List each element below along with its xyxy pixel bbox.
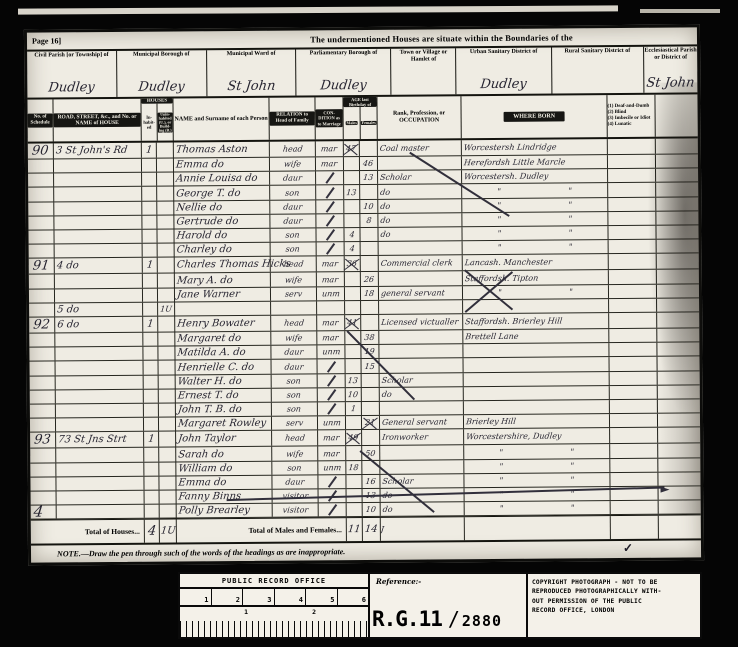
handwritten-entry: 13 xyxy=(363,173,374,182)
cell-infirmity xyxy=(611,501,659,514)
handwritten-entry: Commercial clerk xyxy=(380,259,453,269)
handwritten-entry: visitor xyxy=(282,506,309,515)
handwritten-entry: Scholar xyxy=(382,477,414,486)
cell-occupation: do xyxy=(378,199,462,213)
footer-note: NOTE.—Draw the pen through such of the w… xyxy=(31,547,345,558)
handwritten-entry: 1 xyxy=(147,434,155,445)
cell-occupation xyxy=(379,344,463,358)
cell-relation: daur xyxy=(271,346,317,360)
cell-condition xyxy=(316,171,344,184)
cell-uninhabited xyxy=(157,158,174,171)
cell-infirmity xyxy=(609,329,657,343)
total-males: 11 xyxy=(347,518,363,541)
district-box-parliamentary-borough: Parliamentary Borough of Dudley xyxy=(296,49,391,96)
cell-condition: mar xyxy=(317,257,345,272)
cell-infirmity xyxy=(609,284,657,298)
cell-address: 3 St John's Rd xyxy=(54,143,142,159)
district-box-rural-sanitary: Rural Sanitary District of xyxy=(552,47,645,94)
cell-occupation xyxy=(379,300,463,314)
stamp-reference-number: R.G.11/2880 xyxy=(372,607,502,631)
cell-address xyxy=(54,159,142,173)
cell-age-male: 13 xyxy=(346,374,362,387)
cell-occupation xyxy=(380,401,464,415)
cell-edge xyxy=(658,472,700,486)
handwritten-entry: Herefordsh Little Marcle xyxy=(463,158,566,168)
cell-condition xyxy=(316,214,344,227)
cell-condition xyxy=(316,186,344,199)
handwritten-entry: unm xyxy=(322,463,341,472)
cell-relation: daur xyxy=(270,214,316,228)
handwritten-entry: head xyxy=(283,260,304,269)
cell-condition xyxy=(316,200,344,213)
district-box-town-village: Town or Village or Hamlet of xyxy=(391,48,456,95)
handwritten-entry: mar xyxy=(322,318,339,327)
cell-edge xyxy=(656,197,698,211)
handwritten-entry: 4 xyxy=(349,244,355,253)
cell-infirmity xyxy=(610,371,658,385)
handwritten-entry: Henrielle C. do xyxy=(177,361,255,373)
handwritten-entry: general servant xyxy=(380,288,445,298)
handwritten-entry: 1U xyxy=(160,304,173,313)
cell-address xyxy=(55,333,143,347)
handwritten-entry: 19 xyxy=(364,347,375,356)
cell-relation: head xyxy=(271,315,317,330)
stamp-ruler-cm: 12 xyxy=(180,607,368,637)
total-persons-label: Total of Males and Females... xyxy=(177,518,347,542)
ditto-mark: " xyxy=(499,476,504,485)
condition-slash-mark xyxy=(327,389,336,400)
handwritten-entry: Walter H. do xyxy=(177,376,242,388)
handwritten-entry: Scholar xyxy=(380,173,412,182)
cell-relation: daur xyxy=(272,360,318,374)
header-relation: RELATION to Head of Family xyxy=(269,97,315,139)
handwritten-entry: Margaret do xyxy=(177,333,242,345)
cell-uninhabited xyxy=(157,187,174,200)
handwritten-entry: 10 xyxy=(366,505,377,514)
cell-age-female: 13 xyxy=(360,171,378,184)
cell-address xyxy=(55,347,143,361)
cell-occupation: do xyxy=(378,185,462,199)
cell-address xyxy=(56,462,144,476)
cell-schedule xyxy=(28,188,54,201)
ditto-mark: " xyxy=(497,215,502,224)
handwritten-entry: Nellie do xyxy=(176,202,223,213)
cell-age-female xyxy=(360,141,378,156)
cell-relation: serv xyxy=(271,287,317,301)
cell-occupation: do xyxy=(381,502,465,516)
cell-relation: son xyxy=(272,461,318,475)
cell-uninhabited xyxy=(159,361,176,374)
handwritten-entry: Charley do xyxy=(176,244,232,255)
stamp-series: R.G.11 xyxy=(372,607,442,631)
district-box-municipal-borough: Municipal Borough of Dudley xyxy=(117,50,207,97)
handwritten-entry: Jane Warner xyxy=(176,289,240,301)
census-form-paper: Page 16] The undermentioned Houses are s… xyxy=(24,24,704,565)
cell-relation: son xyxy=(272,388,318,402)
cell-schedule xyxy=(30,463,56,476)
cell-occupation: Ironworker xyxy=(380,430,464,446)
cell-name: John T. B. do xyxy=(176,403,272,417)
district-box-municipal-ward: Municipal Ward of St John xyxy=(207,50,297,97)
cell-uninhabited xyxy=(157,201,174,214)
cell-name: Margaret Rowley xyxy=(176,417,272,431)
handwritten-entry: head xyxy=(282,144,303,153)
handwritten-entry: do xyxy=(380,216,391,225)
ditto-mark: " xyxy=(498,288,503,297)
cell-where-born: "" xyxy=(465,501,611,515)
totals-edge xyxy=(659,515,701,538)
cell-where-born: Worcestershire, Dudley xyxy=(464,429,610,445)
column-header-row: No. of Schedule ROAD, STREET, &c., and N… xyxy=(27,94,697,143)
condition-slash-mark xyxy=(325,172,334,183)
cell-age-female: 38 xyxy=(361,331,379,344)
district-box-civil-parish: Civil Parish [or Township] of Dudley xyxy=(27,51,117,98)
copyright-line: COPYRIGHT PHOTOGRAPH - NOT TO BE xyxy=(532,578,696,587)
handwritten-entry: 91 xyxy=(32,259,50,274)
header-name: NAME and Surname of each Person xyxy=(173,98,269,141)
cell-where-born: "" xyxy=(464,473,610,487)
cell-edge xyxy=(659,500,701,513)
cell-uninhabited xyxy=(158,288,175,301)
handwritten-entry: unm xyxy=(321,348,340,357)
handwritten-entry: serv xyxy=(285,419,303,428)
district-value-handwritten: Dudley xyxy=(137,79,185,94)
cell-name: Annie Louisa do xyxy=(174,172,270,186)
handwritten-entry: 92 xyxy=(33,317,51,332)
handwritten-entry: Licensed victualler xyxy=(381,317,459,327)
ditto-mark: " xyxy=(570,489,575,498)
cell-uninhabited xyxy=(158,244,175,257)
cell-age-male: 36 xyxy=(345,256,361,271)
handwritten-entry: daur xyxy=(283,202,303,211)
cell-uninhabited xyxy=(159,448,176,461)
condition-slash-mark xyxy=(328,490,337,501)
cell-edge xyxy=(659,486,701,499)
cell-address: 4 do xyxy=(55,258,143,274)
cell-age-male xyxy=(347,503,363,516)
cell-address xyxy=(55,244,143,258)
cell-uninhabited xyxy=(158,274,175,287)
condition-slash-mark xyxy=(328,504,337,515)
cell-where-born: Worcestersh Lindridge xyxy=(462,139,608,155)
census-rows: 903 St John's Rd1Thomas Astonheadmar47Co… xyxy=(28,138,701,519)
cell-name: Thomas Aston xyxy=(174,142,270,158)
condition-slash-mark xyxy=(328,476,337,487)
header-schedule: No. of Schedule xyxy=(27,99,53,141)
header-road-street: ROAD, STREET, &c., and No. or NAME of HO… xyxy=(53,99,141,142)
handwritten-entry: wife xyxy=(286,449,304,458)
header-uninhabited: Unin-habited (U.), or Build-ing (B.) xyxy=(158,112,173,132)
handwritten-entry: 1 xyxy=(146,319,154,330)
header-inhabited: In-habit-ed xyxy=(142,114,157,130)
ditto-mark: " xyxy=(570,475,575,484)
handwritten-entry: General servant xyxy=(381,418,447,428)
cell-uninhabited xyxy=(158,347,175,360)
cell-name: Margaret do xyxy=(175,332,271,346)
handwritten-entry: 93 xyxy=(33,433,51,448)
handwritten-entry: 3 St John's Rd xyxy=(55,145,128,157)
cell-schedule xyxy=(30,419,56,432)
handwritten-entry: Emma do xyxy=(178,477,227,488)
cell-edge xyxy=(656,154,698,168)
cell-age-male xyxy=(345,287,361,300)
cell-age-female xyxy=(362,374,380,387)
cell-age-female: 10 xyxy=(363,503,381,516)
handwritten-entry: 47 xyxy=(346,144,357,153)
totals-where-born-blank xyxy=(465,516,611,540)
cell-where-born: "" xyxy=(464,459,610,473)
handwritten-entry: 4 xyxy=(349,230,355,239)
handwritten-entry: 21 xyxy=(365,418,376,427)
condition-slash-mark xyxy=(325,187,334,198)
cell-address xyxy=(54,173,142,187)
cell-condition: mar xyxy=(318,447,346,460)
cell-infirmity xyxy=(608,226,656,240)
handwritten-entry: 73 St Jns Strt xyxy=(58,434,128,446)
cell-infirmity xyxy=(609,240,657,254)
cell-inhabited: 1 xyxy=(143,317,158,332)
cell-address xyxy=(56,390,144,404)
cell-name: George T. do xyxy=(174,186,270,200)
cell-relation: wife xyxy=(270,157,316,171)
handwritten-entry: Sarah do xyxy=(178,449,225,460)
cell-uninhabited xyxy=(159,476,176,489)
cell-edge xyxy=(657,254,699,269)
handwritten-entry: visitor xyxy=(282,492,309,501)
handwritten-entry: 10 xyxy=(348,390,359,399)
cell-inhabited xyxy=(143,288,158,301)
handwritten-entry: son xyxy=(287,463,302,472)
cell-edge xyxy=(656,211,698,225)
cell-edge xyxy=(658,458,700,472)
cell-where-born xyxy=(463,343,609,357)
cell-where-born: "" xyxy=(462,212,608,226)
handwritten-entry: 36 xyxy=(347,259,358,268)
cell-schedule xyxy=(28,202,54,215)
cell-inhabited xyxy=(144,361,159,374)
cell-age-female: 8 xyxy=(360,214,378,227)
checkmark-annotation: ✓ xyxy=(623,541,633,556)
cell-where-born: Brierley Hill xyxy=(464,414,610,428)
handwritten-entry: William do xyxy=(178,463,233,474)
cell-edge xyxy=(656,225,698,239)
cell-schedule xyxy=(30,376,56,389)
cell-schedule xyxy=(29,245,55,258)
cell-uninhabited xyxy=(159,389,176,402)
cell-inhabited xyxy=(143,274,158,287)
cell-relation: son xyxy=(272,374,318,388)
cell-name: Mary A. do xyxy=(175,273,271,287)
cell-relation: son xyxy=(270,186,316,200)
handwritten-entry: Henry Bowater xyxy=(177,318,256,330)
cell-where-born: "" xyxy=(463,285,609,299)
handwritten-entry: daur xyxy=(283,216,303,225)
handwritten-entry: 1 xyxy=(350,404,356,413)
total-houses-label: Total of Houses... xyxy=(31,520,145,544)
handwritten-entry: Lancash. Manchester xyxy=(464,258,552,268)
handwritten-entry: serv xyxy=(284,289,302,298)
handwritten-entry: 38 xyxy=(364,333,375,342)
cell-relation: daur xyxy=(270,200,316,214)
stamp-ruler-section: PUBLIC RECORD OFFICE 12 34 56 12 xyxy=(180,574,370,637)
handwritten-entry: Scholar xyxy=(381,375,413,384)
cell-uninhabited xyxy=(158,258,175,273)
cell-schedule xyxy=(28,174,54,187)
infirmity-header-line: (4) Lunatic xyxy=(608,122,651,129)
cell-inhabited xyxy=(144,448,159,461)
cell-age-female xyxy=(361,242,379,255)
cell-schedule xyxy=(30,362,56,375)
cell-age-male: 4 xyxy=(345,242,361,255)
cell-edge xyxy=(657,328,699,342)
cell-uninhabited xyxy=(158,317,175,332)
cell-age-male: 10 xyxy=(346,388,362,401)
cell-schedule xyxy=(28,230,54,243)
cell-where-born: Worcestersh. Dudley xyxy=(462,169,608,183)
cell-age-male: 18 xyxy=(346,461,362,474)
cell-age-female xyxy=(361,315,379,330)
handwritten-entry: daur xyxy=(284,348,304,357)
cell-address xyxy=(56,418,144,432)
cell-occupation: Scholar xyxy=(380,373,464,387)
cell-occupation xyxy=(379,330,463,344)
cell-name: Charley do xyxy=(175,243,271,257)
handwritten-entry: 18 xyxy=(364,289,375,298)
handwritten-entry: 1 xyxy=(145,145,153,156)
cell-age-male: 41 xyxy=(345,315,361,330)
handwritten-entry: John Taylor xyxy=(177,433,236,444)
handwritten-entry: Worcestersh. Dudley xyxy=(464,172,549,182)
handwritten-entry: Fanny Binns xyxy=(178,491,242,503)
cell-schedule xyxy=(29,348,55,361)
cell-uninhabited xyxy=(158,333,175,346)
cell-inhabited xyxy=(142,230,157,243)
cell-inhabited xyxy=(144,418,159,431)
cell-relation: son xyxy=(272,402,318,416)
cell-age-female: 13 xyxy=(363,489,381,502)
handwritten-entry: Staffordsh. Brierley Hill xyxy=(465,316,563,326)
cell-relation: daur xyxy=(272,475,318,489)
handwritten-entry: Polly Brearley xyxy=(178,505,250,517)
handwritten-entry: 13 xyxy=(346,188,357,197)
handwritten-entry: Emma do xyxy=(175,159,224,170)
scan-edge-strip xyxy=(18,5,618,14)
handwritten-entry: unm xyxy=(322,419,341,428)
district-label: Ecclesiastical Parish or District of xyxy=(644,46,697,61)
cell-edge xyxy=(657,298,699,312)
cell-inhabited xyxy=(142,173,157,186)
cell-infirmity xyxy=(610,458,658,472)
cell-name: Walter H. do xyxy=(176,374,272,388)
handwritten-entry: 41 xyxy=(347,318,358,327)
cell-occupation xyxy=(379,241,463,255)
cell-where-born: "" xyxy=(462,183,608,197)
handwritten-entry: Ironworker xyxy=(382,433,429,442)
handwritten-entry: head xyxy=(284,434,305,443)
handwritten-entry: George T. do xyxy=(176,187,241,199)
cell-schedule: 92 xyxy=(29,317,55,332)
district-value-handwritten: Dudley xyxy=(480,77,528,92)
cell-occupation: do xyxy=(378,213,462,227)
cell-relation: wife xyxy=(272,447,318,461)
cell-address: 73 St Jns Strt xyxy=(56,432,144,448)
cell-name: Emma do xyxy=(176,476,272,490)
cell-name: Polly Brearley xyxy=(177,504,273,518)
cell-relation: son xyxy=(271,243,317,257)
cell-uninhabited xyxy=(159,418,176,431)
handwritten-entry: do xyxy=(381,390,392,399)
handwritten-entry: 46 xyxy=(363,159,374,168)
cell-occupation: do xyxy=(381,488,465,502)
cell-address xyxy=(54,230,142,244)
handwritten-entry: do xyxy=(382,491,393,500)
cell-where-born: "" xyxy=(465,487,611,501)
handwritten-entry: unm xyxy=(321,289,340,298)
cell-inhabited: 1 xyxy=(142,143,157,158)
cell-uninhabited xyxy=(157,215,174,228)
cell-age-female: 50 xyxy=(362,446,380,459)
handwritten-entry: 15 xyxy=(364,361,375,370)
cell-inhabited xyxy=(142,215,157,228)
district-value-handwritten: St John xyxy=(226,79,276,94)
handwritten-entry: John T. B. do xyxy=(177,404,242,416)
cell-infirmity xyxy=(608,197,656,211)
cell-condition xyxy=(318,402,346,415)
cell-occupation: general servant xyxy=(379,286,463,300)
cell-relation: visitor xyxy=(273,503,319,516)
district-header-row: Civil Parish [or Township] of Dudley Mun… xyxy=(27,46,697,99)
cell-inhabited xyxy=(144,389,159,402)
cell-condition xyxy=(318,475,346,488)
cell-infirmity xyxy=(609,343,657,357)
handwritten-entry: Brettell Lane xyxy=(465,332,519,341)
cell-age-female xyxy=(360,228,378,241)
cell-inhabited xyxy=(144,462,159,475)
total-females: 14 xyxy=(363,518,381,541)
condition-slash-mark xyxy=(326,229,335,240)
cell-age-male xyxy=(344,200,360,213)
handwritten-entry: do xyxy=(380,230,391,239)
district-value-handwritten: Dudley xyxy=(320,78,368,93)
handwritten-entry: 4 do xyxy=(56,261,79,272)
header-infirmity: (1) Deaf-and-Dumb(2) Blind(3) Imbecile o… xyxy=(607,95,655,137)
header-age: AGE last Birthday of Males Females xyxy=(343,97,377,139)
handwritten-entry: daur xyxy=(285,477,305,486)
cell-where-born: Staffordsh. Tipton xyxy=(463,270,609,284)
handwritten-entry: 6 do xyxy=(57,319,80,330)
handwritten-entry: do xyxy=(380,187,391,196)
ditto-mark: " xyxy=(497,201,502,210)
cell-condition: unm xyxy=(318,461,346,474)
handwritten-entry: daur xyxy=(284,362,304,371)
cell-schedule xyxy=(30,477,56,490)
handwritten-entry: Brierley Hill xyxy=(465,417,516,426)
cell-inhabited xyxy=(145,491,160,504)
cell-name: Henry Bowater xyxy=(175,316,271,332)
handwritten-entry: 18 xyxy=(348,463,359,472)
handwritten-entry: mar xyxy=(322,260,339,269)
header-where-born: WHERE BORN xyxy=(461,95,607,138)
cell-occupation: do xyxy=(380,387,464,401)
cell-inhabited xyxy=(142,187,157,200)
handwritten-entry: son xyxy=(287,376,302,385)
cell-condition xyxy=(319,503,347,516)
handwritten-entry: Annie Louisa do xyxy=(175,173,258,185)
cell-uninhabited xyxy=(160,505,177,518)
public-record-office-stamp: PUBLIC RECORD OFFICE 12 34 56 12 Referen… xyxy=(178,572,702,639)
cell-uninhabited: 1U xyxy=(158,302,175,315)
cell-occupation: Scholar xyxy=(380,474,464,488)
